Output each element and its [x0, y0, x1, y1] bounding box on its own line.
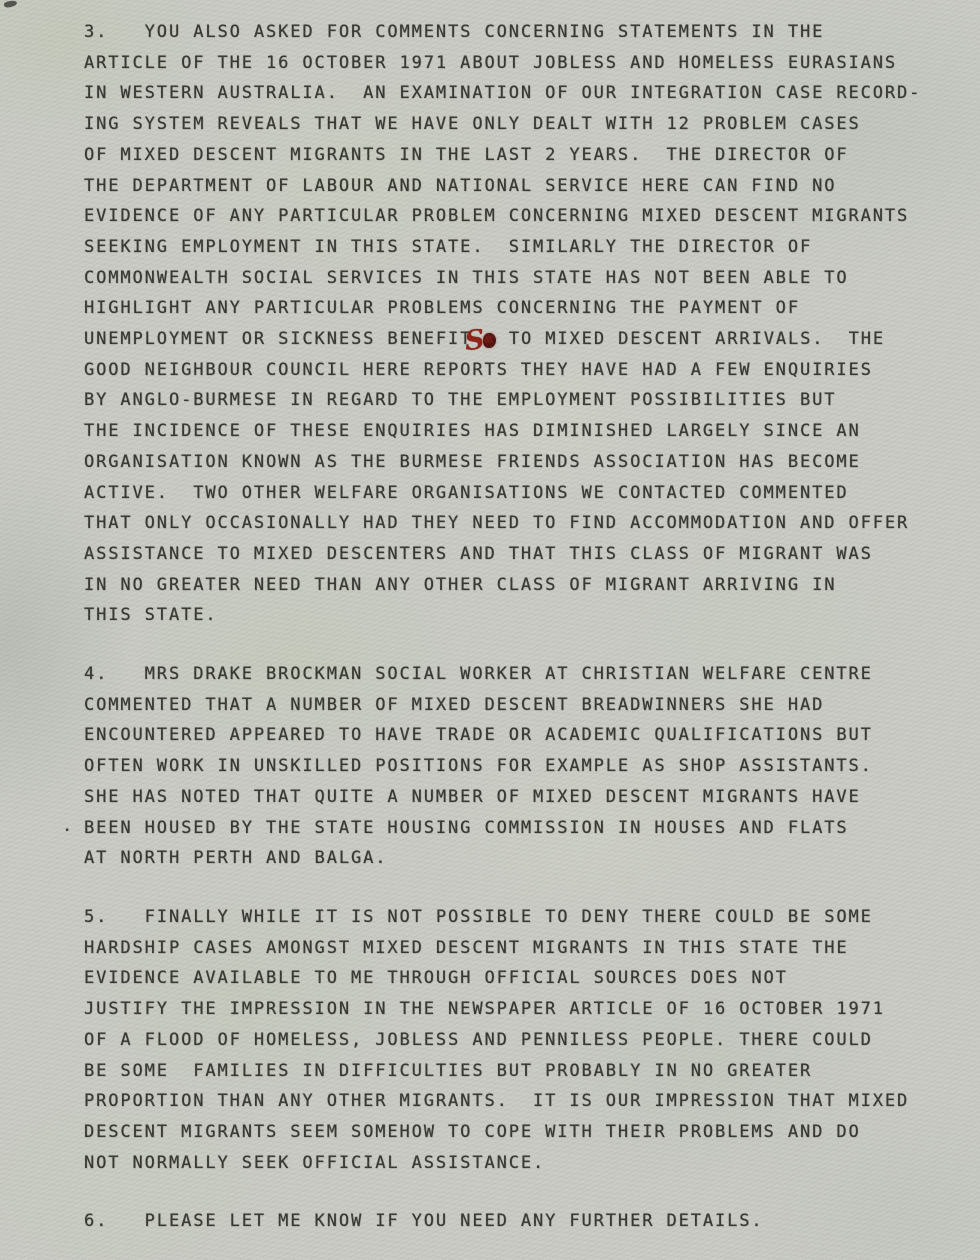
scan-artifact: [4, 0, 18, 8]
paragraph-6: 6. PLEASE LET ME KNOW IF YOU NEED ANY FU…: [84, 1206, 944, 1237]
paragraph-4-text: 4. MRS DRAKE BROCKMAN SOCIAL WORKER AT C…: [84, 664, 873, 868]
document-text: 3. YOU ALSO ASKED FOR COMMENTS CONCERNIN…: [84, 17, 944, 1260]
paragraph-3-text-after-correction: TO MIXED DESCENT ARRIVALS. THE GOOD NEIG…: [84, 329, 909, 625]
paragraph-3: 3. YOU ALSO ASKED FOR COMMENTS CONCERNIN…: [84, 17, 944, 631]
stray-ink-period-mark: .: [62, 816, 72, 836]
paragraph-3-text-before-correction: 3. YOU ALSO ASKED FOR COMMENTS CONCERNIN…: [84, 22, 921, 349]
document-page: 3. YOU ALSO ASKED FOR COMMENTS CONCERNIN…: [0, 0, 980, 1260]
paragraph-5-text: 5. FINALLY WHILE IT IS NOT POSSIBLE TO D…: [84, 907, 909, 1173]
paragraph-5: 5. FINALLY WHILE IT IS NOT POSSIBLE TO D…: [84, 902, 944, 1178]
paragraph-4: 4. MRS DRAKE BROCKMAN SOCIAL WORKER AT C…: [84, 659, 944, 874]
red-handwritten-correction-s: S: [465, 340, 486, 342]
paragraph-6-text: 6. PLEASE LET ME KNOW IF YOU NEED ANY FU…: [84, 1211, 764, 1231]
